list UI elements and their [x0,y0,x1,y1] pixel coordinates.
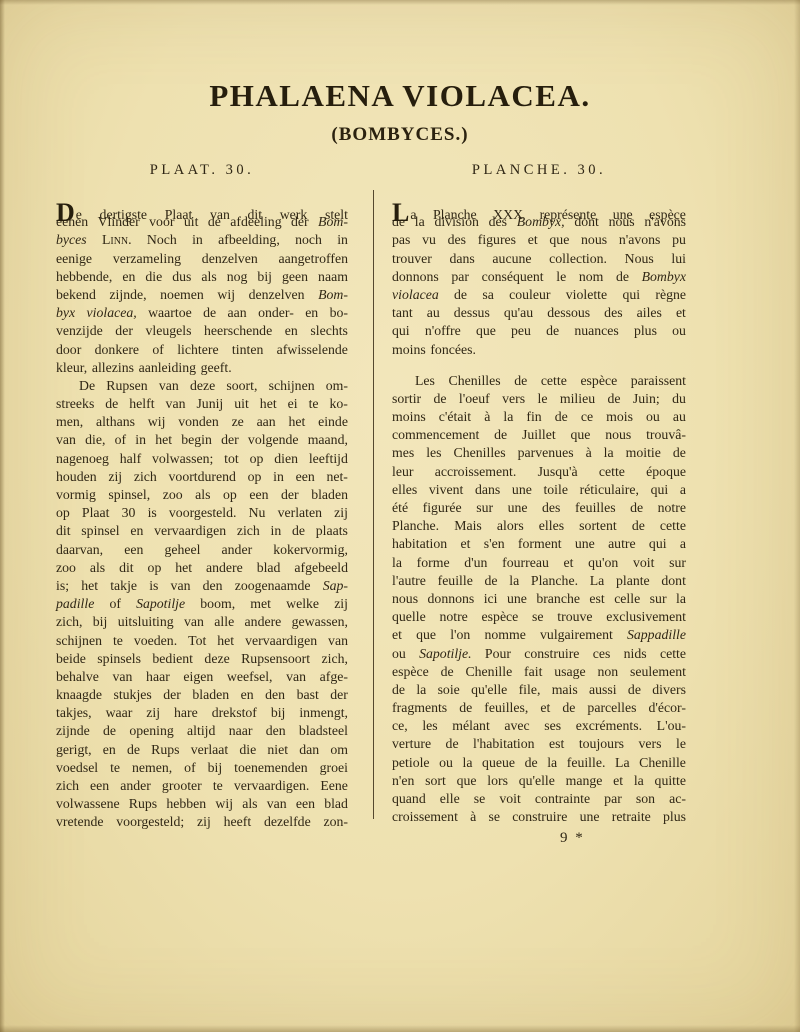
word: est [589,591,604,607]
word: zoo [163,487,183,503]
word: 30 [122,505,136,521]
text-line: schijnentevoeden.Tothetvervaardigenvan [56,633,348,651]
word: blad [324,796,348,812]
word: autre [608,536,636,552]
word: ou [439,755,453,771]
word: den [265,687,285,703]
word: Sap- [323,578,348,594]
word: une [507,591,527,607]
word: de [494,427,507,443]
word: of [109,596,121,612]
text-line: trouverdansaucunecollection.Nouslui [392,251,686,269]
word: uit [234,396,249,412]
text-line: byxviolacea,waartoedeaanonder-enbo- [56,305,348,323]
word: te [213,778,223,794]
word: été [392,500,408,516]
word: violette [566,287,607,303]
word: geeft. [201,360,232,376]
word: een [296,796,315,812]
text-line: padilleofSapotiljeboom,metwelkezij [56,596,348,614]
word: en [122,269,135,285]
word: boom, [200,596,235,612]
word: dans [475,482,500,498]
word: n'offre [425,323,461,339]
word: soie [438,682,460,698]
word: groei [320,760,348,776]
word: afwisselende [277,342,348,358]
word: tant [392,305,413,321]
word: de [127,742,140,758]
word: hebbende, [56,269,112,285]
text-line: gerigt,endeRupsverlaatdienietdanom [56,742,348,760]
word: feuilles [575,500,616,516]
word: la [416,682,426,698]
text-line: petioleoulaqueuedelafeuille.LaChenille [392,755,686,773]
word: van [159,378,179,394]
text-line: bycesLinn.Nochinafbeelding,nochin [56,232,348,250]
word: op [250,451,264,467]
drop-cap: D [56,198,75,227]
word: de [208,214,221,230]
word: nous [392,591,418,607]
word: dien [274,451,298,467]
text-line: n'ensortquelorsqu'ellemangeetlaquitte [392,773,686,791]
word: excréments. [576,718,642,734]
word: onder- [258,305,294,321]
word: L'ou- [657,718,686,734]
text-line: sortirdel'oeufverslemilieudeJuin;du [392,391,686,409]
word: de [673,445,686,461]
word: en [285,323,298,339]
text-line: LesChenillesdecetteespèceparaissent [392,373,686,391]
word: in [337,232,348,248]
word: van [267,796,287,812]
text-line: eenenVlindervooruitdeafdeelingderBom- [56,214,348,232]
word: en [130,523,143,539]
word: alle [214,614,234,630]
word: forment [518,536,562,552]
word: door [56,342,81,358]
word: alors [497,518,524,534]
word: seulement [630,664,686,680]
word: et [613,773,623,789]
word: de [103,723,116,739]
word: spinsel, [108,487,150,503]
word: notre [658,500,686,516]
word: La [615,755,630,771]
word: vretende [56,814,104,830]
word: streeks [56,396,94,412]
word: bij [93,614,108,630]
word: afdeeling [230,214,281,230]
word: qui [649,536,667,552]
word: nous [605,427,631,443]
word: nous [609,214,635,230]
word: queue [482,755,515,771]
word: op [56,505,70,521]
word: hare [174,705,198,721]
paragraph: LaPlancheXXXreprésenteuneespècedeladivis… [392,196,686,360]
word: voor [149,214,174,230]
text-line: volwasseneRupshebbenwijalsvaneenblad [56,796,348,814]
word: lors [487,773,508,789]
word: feuille. [567,755,606,771]
word: slechts [310,323,348,339]
paragraph: DeRupsenvandezesoort,schijnenom-streeksd… [56,378,348,833]
text-line: zich,bijuitsluitingvanalleanderegewassen… [56,614,348,632]
word: zich [56,778,79,794]
text-line: donnonsparconséquentlenomdeBombyx [392,269,686,287]
word: ander [222,542,253,558]
word: Plaat [82,505,110,521]
word: beide [56,651,86,667]
word: la [509,573,519,589]
word: par [604,791,622,807]
word: zoogenaamde [235,578,311,594]
word: sa [482,287,494,303]
word: die [239,742,256,758]
word: de [525,755,538,771]
word: andere [206,560,243,576]
word: sur [476,500,493,516]
paragraph: DedertigstePlaatvanditwerkstelteenenVlin… [56,196,348,378]
word: eigen [183,669,213,685]
word: inmengt, [299,705,348,721]
word: kleur, [56,360,87,376]
text-line: violaceadesacouleurviolettequirègne [392,287,686,305]
word: dit [56,523,71,539]
word: à [484,409,490,425]
word: au [427,305,440,321]
text-line: moinsc'étaitàlafindecemoisouau [392,409,686,427]
word: aan [228,305,247,321]
word: de [630,500,643,516]
word: de [459,700,472,716]
word: naam [318,269,348,285]
word: et [392,627,402,643]
word: elles [392,482,417,498]
word: blad [257,560,281,576]
word: schijnen [269,378,315,394]
word: uitsluiting [118,614,174,630]
word: la [604,445,614,461]
word: naar [229,723,253,739]
text-line: vretendevoorgesteld;zijheeftdezelfdezon- [56,814,348,832]
text-line: deladivisiondesBombyx,dontnousn'avons [392,214,686,232]
word: parcelles [587,700,636,716]
word: ce, [392,718,408,734]
word: file, [519,682,541,698]
text-line: venzijdedervleugelsheerschendeenslechts [56,323,348,341]
word: uit [184,214,199,230]
word: contrainte [535,791,590,807]
word: s'en [484,536,505,552]
word: milieu [560,391,595,407]
word: au [673,409,686,425]
text-line: doordonkereoflichteretintenafwisselende [56,342,348,360]
word: spinsel [81,523,119,539]
word: ze [232,414,244,430]
word: qu'elle [471,682,507,698]
word: sur [650,591,667,607]
word: half [120,451,141,467]
word: espèce [580,373,617,389]
word: dezelfde [264,814,311,830]
word: behalve [56,669,99,685]
word: begin [181,432,212,448]
word: dont [661,573,686,589]
text-line: quin'offrequepeudenuancesplusou [392,323,686,341]
word: of [115,432,127,448]
word: ses [544,718,561,734]
word: Planche. [531,573,578,589]
word: de [616,269,629,285]
word: bladen [192,687,229,703]
word: qu'elle [519,773,555,789]
word: een [90,778,109,794]
page-title: PHALAENA VIOLACEA. [0,78,800,114]
word: vormig [56,487,96,503]
word: altijd [187,723,215,739]
word: het [260,396,277,412]
word: de [607,391,620,407]
word: branche [536,591,580,607]
word: et [676,305,686,321]
word: vers [639,736,662,752]
column-header-dutch: PLAAT. 30. [56,162,348,179]
word: op [223,487,237,503]
text-column-dutch: DedertigstePlaatvanditwerkstelteenenVlin… [56,196,348,833]
word: men, [56,414,83,430]
word: conséquent [482,269,544,285]
word: la [503,409,513,425]
word: forme [417,555,450,571]
word: deze [190,378,215,394]
text-line: opPlaat30isvoorgesteld.Nuverlatenzij [56,505,348,523]
word: voedsel [56,760,98,776]
text-line: Planche.Maisalorsellessortentdecette [392,518,686,536]
word: daarvan, [56,542,103,558]
text-line: espècedeChenillefaitusagenonseulement [392,664,686,682]
word: hebben [166,796,206,812]
word: de [562,700,575,716]
word: noch [295,232,322,248]
word: om [330,742,348,758]
text-line: behalvevanhaareigenweefsel,vanafge- [56,669,348,687]
word: de [105,396,118,412]
word: couleur [509,287,550,303]
word: padille [56,596,94,612]
word: niet [267,742,288,758]
word: geen [282,269,308,285]
word: stukjes [113,687,151,703]
word: venzijde [56,323,103,339]
word: zich [134,469,157,485]
word: aangetroffen [279,251,348,267]
word: net- [326,469,347,485]
word: la [415,214,425,230]
word: dus [172,269,191,285]
word: Bom- [318,287,348,303]
text-line: quellenotreespècesetrouveexclusivement [392,609,686,627]
word: ici [484,591,498,607]
word: n'avons [644,214,686,230]
word: de [546,323,559,339]
word: époque [646,464,686,480]
word: ou [646,409,660,425]
word: d'écor- [648,700,685,716]
word: fin [526,409,541,425]
word: collection. [549,251,607,267]
word: des [542,500,560,516]
word: donnons [428,591,475,607]
text-column-french: LaPlancheXXXreprésenteuneespècedeladivis… [392,196,686,827]
word: soort, [226,378,257,394]
text-line: eenigeverzamelingdenzelvenaangetroffen [56,251,348,269]
word: peu [511,323,531,339]
word: du [672,391,686,407]
text-line: men,althanswijvondenzeaanheteinde [56,414,348,432]
word: mélant [452,718,490,734]
word: der [281,487,299,503]
word: nous [581,232,607,248]
word: wij [217,287,235,303]
word: het [81,578,98,594]
word: Juillet [522,427,556,443]
word: het [155,432,172,448]
word: de [514,373,527,389]
word: deze [204,651,229,667]
word: nagenoeg [56,451,109,467]
word: van [184,614,204,630]
word: van [56,432,76,448]
word: Junij [196,396,223,412]
text-line: tantaudessusqu'audessousdesaileset [392,305,686,323]
word: fourreau [502,555,549,571]
word: l'oeuf [459,391,490,407]
word: kokervormig, [273,542,348,558]
word: l'habitation [473,736,535,752]
text-line: commencementdeJuilletquenoustrouvâ- [392,427,686,445]
word: de [446,736,459,752]
word: zijnde, [109,287,146,303]
word: se [474,791,486,807]
word: het [217,633,234,649]
word: is; [56,578,69,594]
word: heeft [224,814,252,830]
text-line: DeRupsenvandezesoort,schijnenom- [56,378,348,396]
word: Chenilles [449,373,501,389]
word: zich [237,523,260,539]
word: der [115,323,133,339]
word: of [152,342,164,358]
text-line: delasoiequ'ellefile,maisaussidedivers [392,682,686,700]
word: usage [554,664,585,680]
word: mes [392,445,414,461]
word: zich, [322,651,348,667]
word: sortir [392,391,421,407]
word: habitation [392,536,447,552]
word: Les [415,373,435,389]
word: Bombyx, [517,214,565,230]
word: fragments [392,700,447,716]
word: petiole [392,755,430,771]
word: dit [119,560,134,576]
word: de [203,305,216,321]
word: mange [566,773,603,789]
word: cette [541,373,567,389]
word: den [203,578,223,594]
word: zij [334,505,348,521]
word: Tot [188,633,206,649]
word: vu [422,232,436,248]
word: als [242,796,257,812]
word: Mais [454,518,482,534]
word: la [676,591,686,607]
column-divider-rule [373,190,374,819]
word: elles [539,518,564,534]
word: toenemenden [234,760,308,776]
word: plus [663,809,686,825]
word: bladsteel [299,723,348,739]
word: qu'au [504,305,533,321]
word: ou [672,323,686,339]
word: non [598,664,619,680]
word: als [90,560,105,576]
word: que [457,773,477,789]
text-line: zijndedeopeningaltijdnaardenbladsteel [56,723,348,741]
word: Vlinder [98,214,140,230]
word: vivent [429,482,464,498]
text-line: quandellesevoitcontrainteparsonac- [392,791,686,809]
word: verture [392,736,431,752]
word: dans [449,251,474,267]
word: bast [297,687,319,703]
word: grooter [162,778,202,794]
word: que [476,323,496,339]
word: ander [120,778,151,794]
word: Sappadille [627,627,686,643]
word: vervaardigen [154,523,226,539]
text-line: laformed'unfourreauetqu'onvoitsur [392,555,686,573]
word: der [221,432,239,448]
word: feuilles, [484,700,528,716]
word: aucune [492,251,531,267]
word: opening [129,723,173,739]
word: moitie [626,445,661,461]
text-line: vandie,ofinhetbegindervolgendemaand, [56,432,348,450]
text-line: zicheenandergrootertevervaardigen.Eene [56,778,348,796]
text-line: pasvudesfiguresetquenousn'avonspu [392,232,686,250]
word: le [556,269,566,285]
text-line: etquel'onnommevulgairementSappadille [392,627,686,645]
word: met [250,596,271,612]
word: que [571,427,591,443]
word: lichtere [177,342,218,358]
word: leeftijd [309,451,348,467]
word: le [676,736,686,752]
word: op [248,469,262,485]
word: volwassene [56,796,120,812]
column-header-french: PLANCHE. 30. [392,162,686,179]
word: donkere [95,342,139,358]
word: figurée [423,500,462,516]
word: spinsels [97,651,141,667]
word: het [175,560,192,576]
word: een [296,469,315,485]
word: althans [96,414,135,430]
word: te [113,633,123,649]
